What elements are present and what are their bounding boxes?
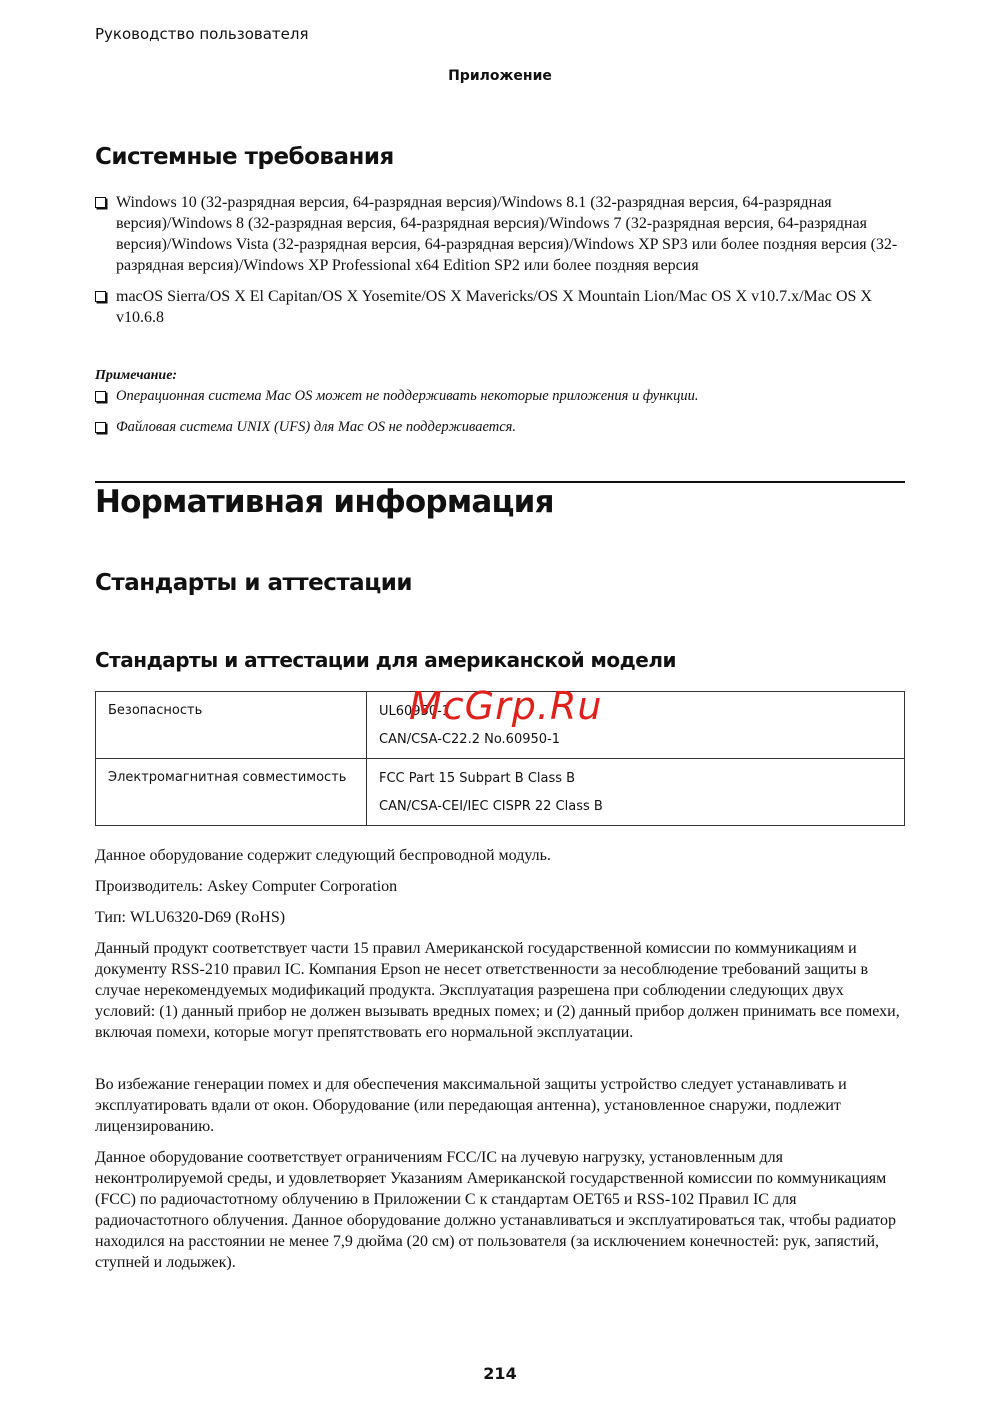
standards-heading: Стандарты и аттестации <box>95 570 412 596</box>
regulatory-heading: Нормативная информация <box>95 484 554 520</box>
table-cell-label: Электромагнитная совместимость <box>96 759 367 826</box>
note-item: Операционная система Mac OS может не под… <box>95 386 905 406</box>
paragraph: Тип: WLU6320-D69 (RoHS) <box>95 907 907 928</box>
watermark: McGrp.Ru <box>409 684 602 728</box>
standard-value: FCC Part 15 Subpart B Class B <box>379 770 892 787</box>
system-requirements-list: Windows 10 (32-разрядная версия, 64-разр… <box>95 192 905 338</box>
us-model-standards-heading: Стандарты и аттестации для американской … <box>95 648 676 672</box>
section-divider <box>95 481 905 483</box>
paragraph: Данный продукт соответствует части 15 пр… <box>95 938 907 1043</box>
page-number: 214 <box>0 1364 1000 1383</box>
section-header-label: Приложение <box>448 68 552 84</box>
note-list: Операционная система Mac OS может не под… <box>95 386 905 448</box>
system-requirements-heading: Системные требования <box>95 144 394 170</box>
table-row: Электромагнитная совместимость FCC Part … <box>96 759 905 826</box>
requirement-item-macos: macOS Sierra/OS X El Capitan/OS X Yosemi… <box>95 286 905 328</box>
note-title: Примечание: <box>95 368 177 384</box>
section-header: Приложение <box>0 68 1000 84</box>
requirement-text: Windows 10 (32-разрядная версия, 64-разр… <box>116 194 897 274</box>
checkbox-bullet-icon <box>95 422 106 433</box>
checkbox-bullet-icon <box>95 291 106 302</box>
table-cell-values: FCC Part 15 Subpart B Class B CAN/CSA-CE… <box>367 759 905 826</box>
checkbox-bullet-icon <box>95 391 106 402</box>
requirement-item-windows: Windows 10 (32-разрядная версия, 64-разр… <box>95 192 905 276</box>
paragraph: Во избежание генерации помех и для обесп… <box>95 1074 907 1137</box>
paragraph: Данное оборудование содержит следующий б… <box>95 845 907 866</box>
standard-value: CAN/CSA-CEI/IEC CISPR 22 Class B <box>379 798 892 815</box>
note-text: Операционная система Mac OS может не под… <box>116 388 698 404</box>
standard-value: CAN/CSA-C22.2 No.60950-1 <box>379 731 892 748</box>
table-cell-label: Безопасность <box>96 692 367 759</box>
running-header-title: Руководство пользователя <box>95 25 309 43</box>
note-text: Файловая система UNIX (UFS) для Mac OS н… <box>116 419 516 435</box>
note-item: Файловая система UNIX (UFS) для Mac OS н… <box>95 417 905 437</box>
paragraph: Данное оборудование соответствует ограни… <box>95 1147 907 1273</box>
requirement-text: macOS Sierra/OS X El Capitan/OS X Yosemi… <box>116 288 872 326</box>
paragraph: Производитель: Askey Computer Corporatio… <box>95 876 907 897</box>
checkbox-bullet-icon <box>95 197 106 208</box>
